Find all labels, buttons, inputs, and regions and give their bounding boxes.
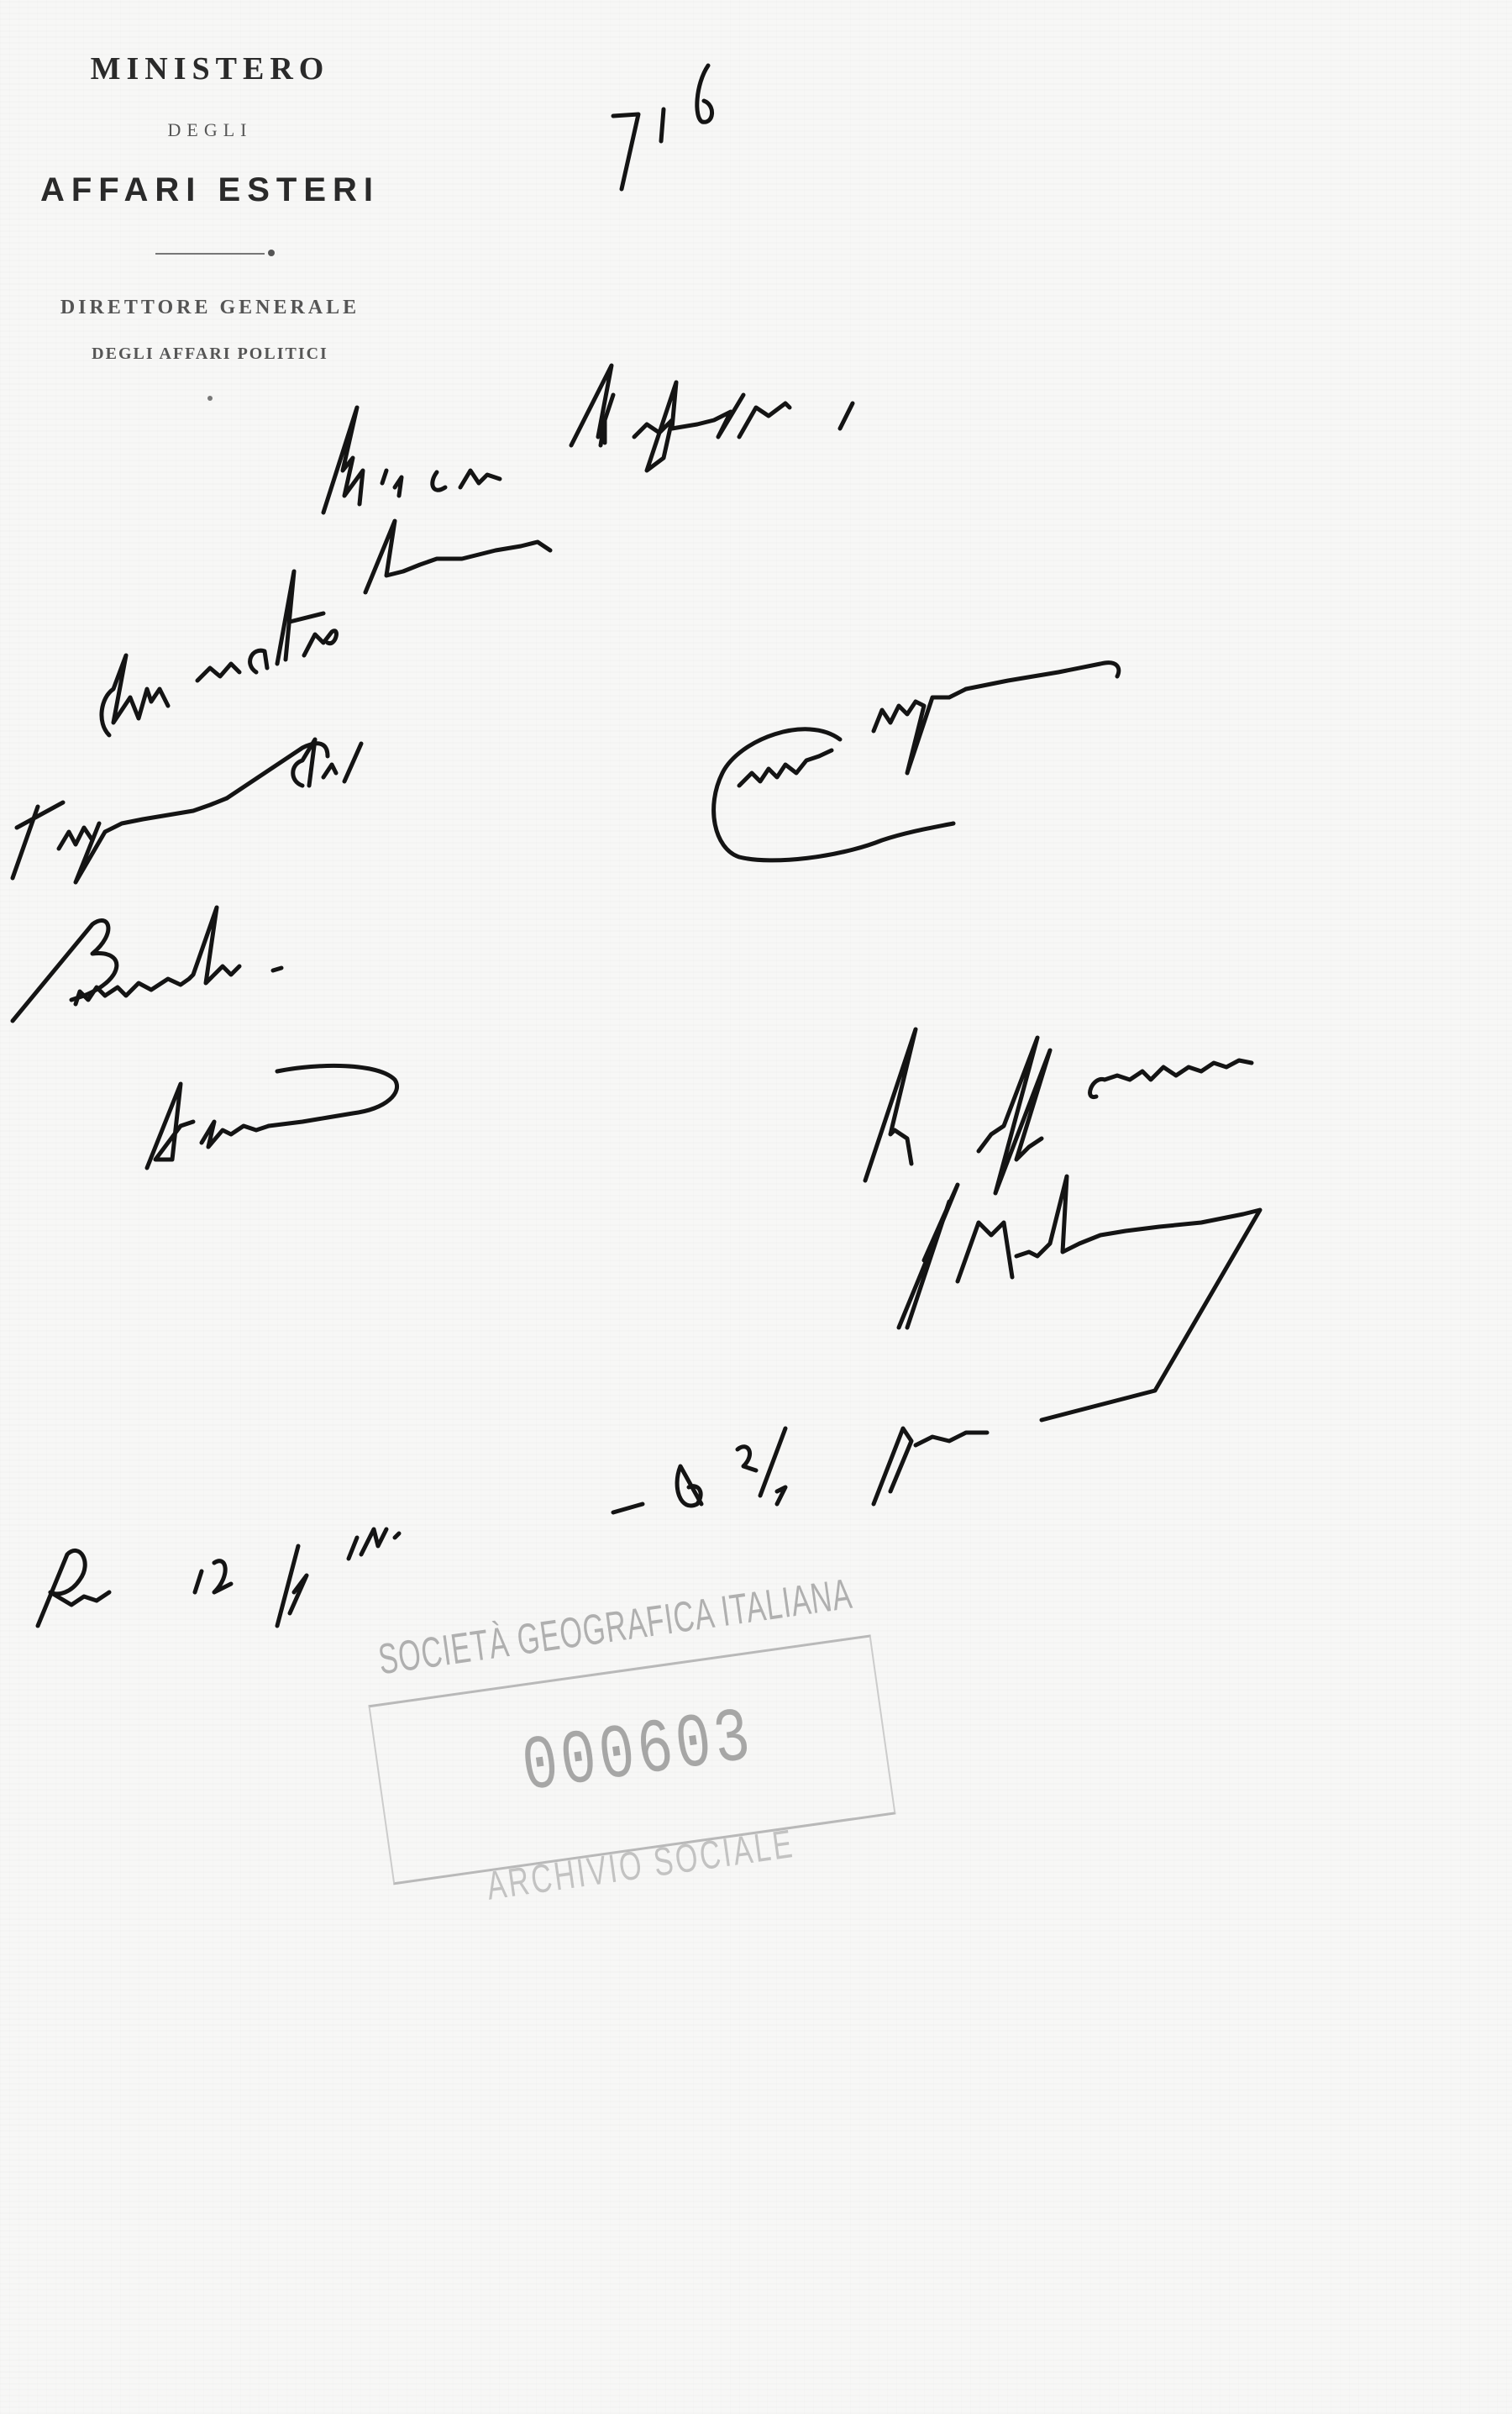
signature: Malvano [924,1210,1216,1288]
closing-right: Suo affezionatissimo [865,1042,1392,1101]
letterhead-ministero: MINISTERO [0,50,420,87]
letterhead-ornament-dot [207,396,213,401]
salutation: Mio caro Professore, [323,403,943,472]
date-line: Roma 12/7 1884 - 6 3/4 pom. [38,1496,840,1559]
letterhead-degli: DEGLI [0,119,420,141]
body-line-2: Telegramma del Commissario [13,739,900,808]
letterhead-direttore-generale: DIRETTORE GENERALE [0,297,420,319]
body-line-3: Brocchi - [13,924,281,993]
letterhead-affari-politici: DEGLI AFFARI POLITICI [0,344,420,364]
stamp-archive-number: 000603 [517,1696,759,1813]
closing-left: Di cuore [147,1076,401,1144]
archive-stamp: SOCIETÀ GEOGRAFICA ITALIANA 000603 ARCHI… [361,1584,904,1905]
letterhead: MINISTERO DEGLI AFFARI ESTERI DIRETTORE … [0,42,420,401]
letterhead-divider [155,253,265,255]
body-line-1: Ecco un altro buon [92,546,659,615]
letterhead-affari-esteri: AFFARI ESTERI [0,171,420,209]
annotation-number: 716 [609,80,706,139]
